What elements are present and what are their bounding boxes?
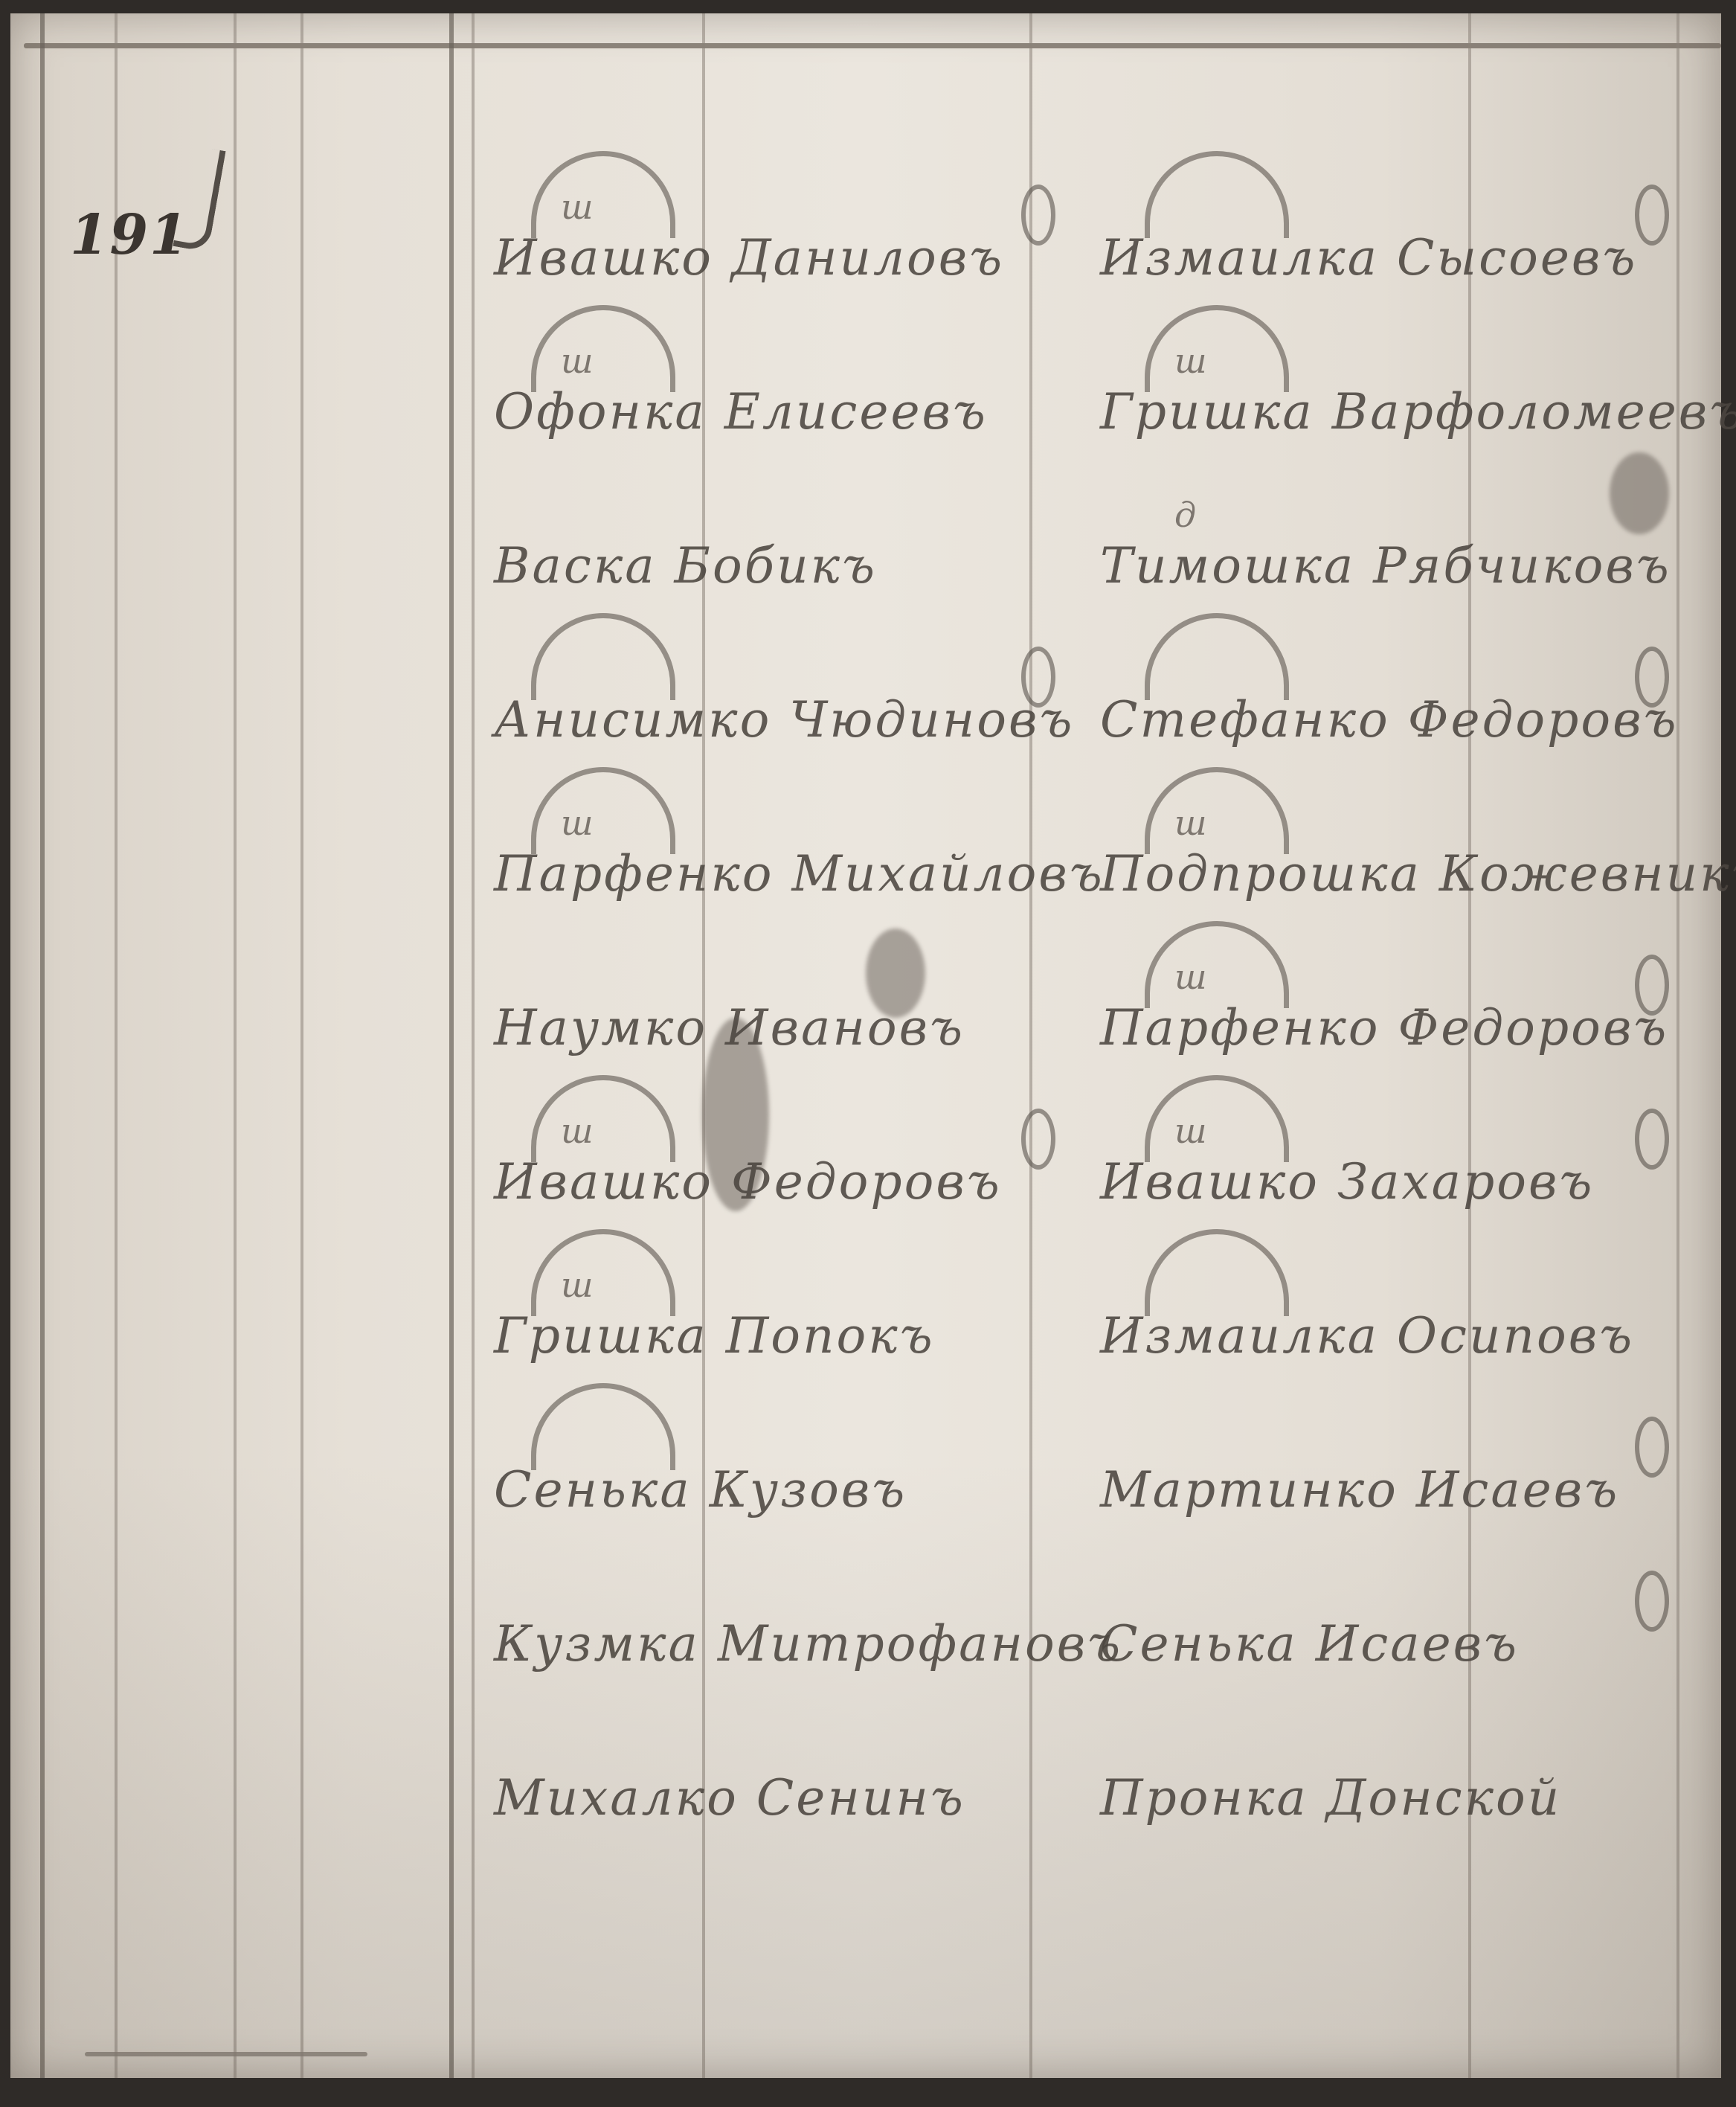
list-row: шПарфенко Михайловъ шПодпрошка Кожевникъ: [472, 778, 1699, 932]
flourish-mark: [1145, 767, 1289, 854]
flourish-mark: [1145, 921, 1289, 1008]
margin-line: [40, 13, 45, 2078]
list-entry-right: Стефанко Федоровъ: [1085, 624, 1699, 778]
flourish-mark: [1145, 1075, 1289, 1162]
list-entry-left: шИвашко Федоровъ: [472, 1086, 1085, 1240]
list-entry-left: шПарфенко Михайловъ: [472, 778, 1085, 932]
loop-mark: [1635, 647, 1669, 708]
entry-name: Ивашко Федоровъ: [494, 1153, 1002, 1210]
entry-name: Подпрошка Кожевникъ: [1100, 845, 1736, 902]
entry-name: Тимошка Рябчиковъ: [1100, 537, 1671, 594]
list-entry-left: шОфонка Елисеевъ: [472, 316, 1085, 470]
top-ruling-line: [24, 43, 1721, 48]
flourish-mark: [531, 1229, 675, 1316]
flourish-mark: [531, 305, 675, 392]
entry-name: Офонка Елисеевъ: [494, 383, 988, 440]
entry-name: Ивашко Даниловъ: [494, 229, 1004, 286]
list-entry-right: шПарфенко Федоровъ: [1085, 932, 1699, 1086]
column-divider-line: [449, 13, 454, 2078]
flourish-mark: [531, 613, 675, 700]
name-list: шИвашко Даниловъ Измаилка Сысоевъ шОфонк…: [472, 162, 1699, 1856]
list-row: Михалко Сенинъ Пронка Донской: [472, 1702, 1699, 1856]
folio-number: 191: [70, 203, 189, 267]
loop-mark: [1021, 1109, 1055, 1170]
list-entry-left: Кузмка Митрофановъ: [472, 1548, 1085, 1702]
list-entry-left: Анисимко Чюдиновъ: [472, 624, 1085, 778]
superscript-letter: ш: [1174, 957, 1207, 997]
loop-mark: [1635, 1417, 1669, 1478]
entry-name: Стефанко Федоровъ: [1100, 691, 1679, 748]
superscript-letter: д: [1174, 495, 1196, 535]
loop-mark: [1635, 185, 1669, 246]
flourish-mark: [531, 151, 675, 238]
bottom-ruling-line: [85, 2052, 367, 2056]
loop-mark: [1635, 1109, 1669, 1170]
list-entry-right: шИвашко Захаровъ: [1085, 1086, 1699, 1240]
entry-name: Парфенко Михайловъ: [494, 845, 1105, 902]
flourish-mark: [531, 1383, 675, 1470]
loop-mark: [1021, 185, 1055, 246]
entry-name: Наумко Ивановъ: [494, 999, 965, 1056]
entry-name: Измаилка Осиповъ: [1100, 1307, 1634, 1364]
superscript-letter: ш: [561, 803, 594, 843]
list-entry-left: Васка Бобикъ: [472, 470, 1085, 624]
entry-name: Ивашко Захаровъ: [1100, 1153, 1594, 1210]
list-entry-right: Пронка Донской: [1085, 1702, 1699, 1856]
flourish-mark: [531, 1075, 675, 1162]
list-entry-left: шИвашко Даниловъ: [472, 162, 1085, 316]
superscript-letter: ш: [561, 1111, 594, 1151]
ruling-line: [234, 13, 237, 2078]
list-row: шИвашко Федоровъ шИвашко Захаровъ: [472, 1086, 1699, 1240]
entry-name: Кузмка Митрофановъ: [494, 1615, 1122, 1673]
loop-mark: [1635, 1571, 1669, 1632]
list-row: Кузмка Митрофановъ Сенька Исаевъ: [472, 1548, 1699, 1702]
entry-name: Анисимко Чюдиновъ: [494, 691, 1074, 748]
entry-name: Гришка Варфоломеевъ: [1100, 383, 1736, 440]
list-entry-left: шГришка Попокъ: [472, 1240, 1085, 1394]
entry-name: Гришка Попокъ: [494, 1307, 935, 1364]
superscript-letter: ш: [561, 341, 594, 381]
list-row: Сенька Кузовъ Мартинко Исаевъ: [472, 1394, 1699, 1548]
flourish-mark: [1145, 1229, 1289, 1316]
entry-name: Пронка Донской: [1100, 1769, 1561, 1827]
flourish-mark: [531, 767, 675, 854]
flourish-mark: [1145, 305, 1289, 392]
ruling-line: [115, 13, 118, 2078]
list-entry-right: шГришка Варфоломеевъ: [1085, 316, 1699, 470]
loop-mark: [1021, 647, 1055, 708]
loop-mark: [1635, 955, 1669, 1016]
manuscript-page: 191 шИвашко Даниловъ Измаилка Сысоевъ шО…: [10, 13, 1721, 2078]
list-row: Анисимко Чюдиновъ Стефанко Федоровъ: [472, 624, 1699, 778]
list-entry-right: Измаилка Осиповъ: [1085, 1240, 1699, 1394]
list-entry-right: Измаилка Сысоевъ: [1085, 162, 1699, 316]
entry-name: Измаилка Сысоевъ: [1100, 229, 1637, 286]
superscript-letter: ш: [1174, 341, 1207, 381]
superscript-letter: ш: [561, 187, 594, 227]
flourish-mark: [1145, 613, 1289, 700]
entry-name: Сенька Исаевъ: [1100, 1615, 1519, 1673]
entry-name: Мартинко Исаевъ: [1100, 1461, 1619, 1518]
superscript-letter: ш: [561, 1265, 594, 1305]
list-row: Наумко Ивановъ шПарфенко Федоровъ: [472, 932, 1699, 1086]
list-entry-left: Наумко Ивановъ: [472, 932, 1085, 1086]
list-entry-right: шПодпрошка Кожевникъ: [1085, 778, 1699, 932]
list-row: шГришка Попокъ Измаилка Осиповъ: [472, 1240, 1699, 1394]
list-entry-left: Сенька Кузовъ: [472, 1394, 1085, 1548]
superscript-letter: ш: [1174, 1111, 1207, 1151]
list-row: шИвашко Даниловъ Измаилка Сысоевъ: [472, 162, 1699, 316]
list-entry-right: Сенька Исаевъ: [1085, 1548, 1699, 1702]
list-row: шОфонка Елисеевъ шГришка Варфоломеевъ: [472, 316, 1699, 470]
ruling-line: [300, 13, 303, 2078]
list-row: Васка Бобикъ дТимошка Рябчиковъ: [472, 470, 1699, 624]
entry-name: Михалко Сенинъ: [494, 1769, 965, 1827]
folio-titlo-mark: [173, 145, 225, 252]
flourish-mark: [1145, 151, 1289, 238]
entry-name: Васка Бобикъ: [494, 537, 877, 594]
entry-name: Парфенко Федоровъ: [1100, 999, 1668, 1056]
list-entry-right: Мартинко Исаевъ: [1085, 1394, 1699, 1548]
list-entry-right: дТимошка Рябчиковъ: [1085, 470, 1699, 624]
entry-name: Сенька Кузовъ: [494, 1461, 907, 1518]
superscript-letter: ш: [1174, 803, 1207, 843]
list-entry-left: Михалко Сенинъ: [472, 1702, 1085, 1856]
